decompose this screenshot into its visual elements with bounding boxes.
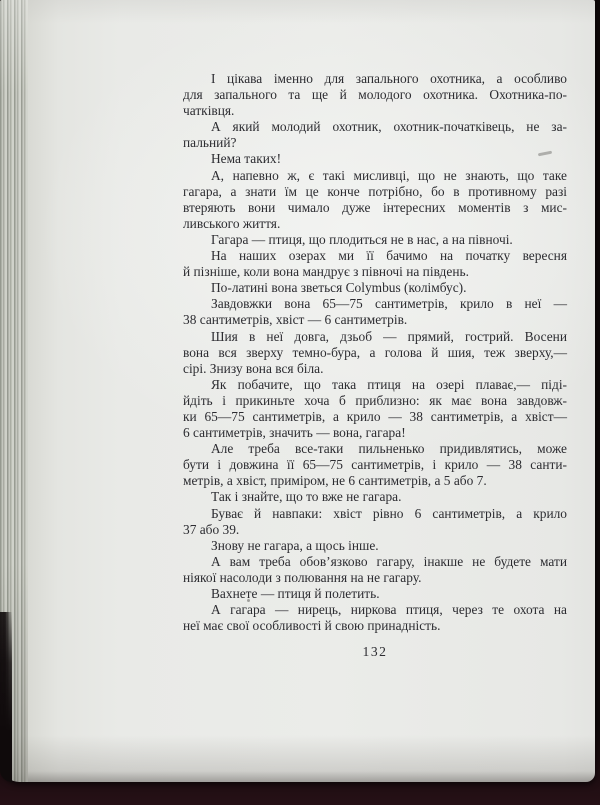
paragraph: Шия в неї довга, дзьоб — прямий, гострий… bbox=[183, 329, 567, 377]
book-cover-edge bbox=[0, 612, 12, 782]
paragraph: А вам треба обов’язково гагару, інакше н… bbox=[183, 554, 567, 586]
paragraph: А гагара — нирець, ниркова птиця, через … bbox=[183, 602, 567, 634]
paragraph: А, напевно ж, є такі мисливці, що не зна… bbox=[183, 168, 567, 232]
text-line: Так і знайте, що то вже не гагара. bbox=[183, 489, 567, 505]
text-line: чатківця. bbox=[183, 103, 567, 119]
text-line: Гагара — птиця, що плодиться не в нас, а… bbox=[183, 232, 567, 248]
text-line: Завдовжки вона 65—75 сантиметрів, крило … bbox=[183, 296, 567, 312]
text-line: для запального та ще й молодого охотника… bbox=[183, 87, 567, 103]
text-line: 37 або 39. bbox=[183, 522, 567, 538]
text-line: бути і довжина її 65—75 сантиметрів, і к… bbox=[183, 457, 567, 473]
text-line: Буває й навпаки: хвіст рівно 6 сантиметр… bbox=[183, 506, 567, 522]
text-line: А який молодий охотник, охотник-початків… bbox=[183, 119, 567, 135]
paragraph: Завдовжки вона 65—75 сантиметрів, крило … bbox=[183, 296, 567, 328]
text-line: неї має свої особливості й свою принадні… bbox=[183, 618, 567, 634]
text-line: сірі. Знизу вона вся біла. bbox=[183, 361, 567, 377]
text-line: ніякої насолоди з полювання на не гагару… bbox=[183, 570, 567, 586]
paragraph: Як побачите, що така птиця на озері плав… bbox=[183, 377, 567, 441]
page-number: 132 bbox=[183, 644, 567, 660]
text-line: ливського життя. bbox=[183, 216, 567, 232]
text-line: вона вся зверху темно-бура, а голова й ш… bbox=[183, 345, 567, 361]
text-line: Нема таких! bbox=[183, 151, 567, 167]
paragraph: Буває й навпаки: хвіст рівно 6 сантиметр… bbox=[183, 506, 567, 538]
text-line: Шия в неї довга, дзьоб — прямий, гострий… bbox=[183, 329, 567, 345]
text-line: По-латині вона зветься Colymbus (колімбу… bbox=[183, 280, 567, 296]
scan-speck-mark bbox=[247, 599, 250, 602]
text-line: метрів, а хвіст, приміром, не 6 сантимет… bbox=[183, 473, 567, 489]
book-page: І цікава іменно для запального охотника,… bbox=[0, 0, 595, 782]
text-line: На наших озерах ми її бачимо на початку … bbox=[183, 248, 567, 264]
paragraph: Нема таких! bbox=[183, 151, 567, 167]
paragraph: Так і знайте, що то вже не гагара. bbox=[183, 489, 567, 505]
paragraph: Знову не гагара, а щось інше. bbox=[183, 538, 567, 554]
paragraph: На наших озерах ми її бачимо на початку … bbox=[183, 248, 567, 280]
text-line: ки 65—75 сантиметрів, а крило — 38 санти… bbox=[183, 409, 567, 425]
text-line: Знову не гагара, а щось інше. bbox=[183, 538, 567, 554]
paragraph: І цікава іменно для запального охотника,… bbox=[183, 71, 567, 119]
text-line: пальний? bbox=[183, 135, 567, 151]
text-line: гагара, а знати їм це конче потрібно, бо… bbox=[183, 184, 567, 200]
text-line: 38 сантиметрів, хвіст — 6 сантиметрів. bbox=[183, 312, 567, 328]
text-line: А, напевно ж, є такі мисливці, що не зна… bbox=[183, 168, 567, 184]
paragraph: Гагара — птиця, що плодиться не в нас, а… bbox=[183, 232, 567, 248]
text-line: й пізніше, коли вона мандрує з півночі н… bbox=[183, 264, 567, 280]
text-line: А гагара — нирець, ниркова птиця, через … bbox=[183, 602, 567, 618]
text-line: Але треба все-таки пильненько придивляти… bbox=[183, 441, 567, 457]
text-line: 6 сантиметрів, значить — вона, гагара! bbox=[183, 425, 567, 441]
paragraph: А який молодий охотник, охотник-початків… bbox=[183, 119, 567, 151]
page-text: І цікава іменно для запального охотника,… bbox=[183, 71, 567, 634]
text-line: А вам треба обов’язково гагару, інакше н… bbox=[183, 554, 567, 570]
text-line: Вахнете — птиця й полетить. bbox=[183, 586, 567, 602]
paragraph: По-латині вона зветься Colymbus (колімбу… bbox=[183, 280, 567, 296]
text-line: Як побачите, що така птиця на озері плав… bbox=[183, 377, 567, 393]
text-line: йдіть і прикиньте хоча б приблизно: як м… bbox=[183, 393, 567, 409]
text-line: І цікава іменно для запального охотника,… bbox=[183, 71, 567, 87]
paragraph: Але треба все-таки пильненько придивляти… bbox=[183, 441, 567, 489]
text-line: втеряють вони чимало дуже інтересних мом… bbox=[183, 200, 567, 216]
paragraph: Вахнете — птиця й полетить. bbox=[183, 586, 567, 602]
